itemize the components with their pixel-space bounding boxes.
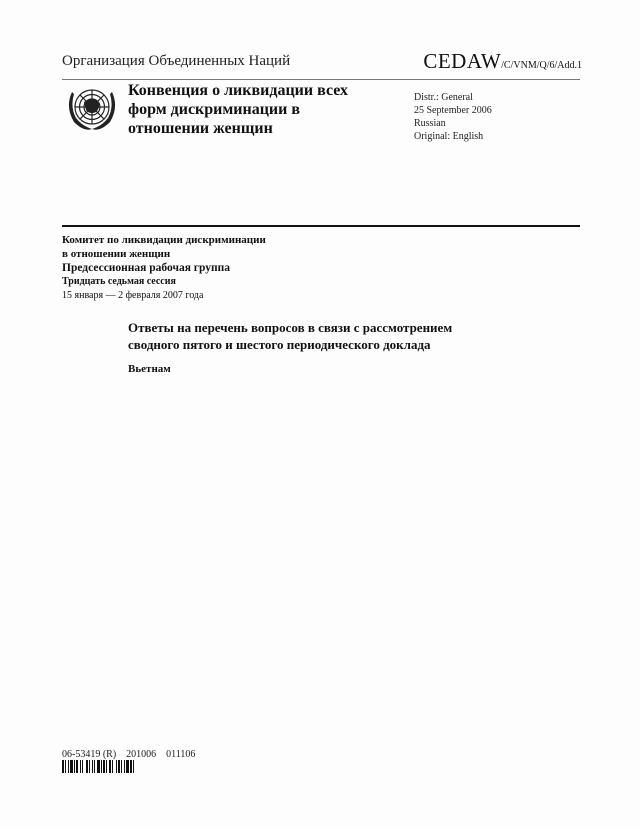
convention-title-line: отношении женщин bbox=[128, 119, 388, 138]
un-emblem-icon bbox=[62, 80, 122, 136]
country-name: Вьетнам bbox=[128, 363, 171, 375]
symbol-suffix: /C/VNM/Q/6/Add.1 bbox=[501, 60, 582, 71]
convention-title: Конвенция о ликвидации всех форм дискрим… bbox=[128, 81, 388, 138]
document-title-line1: Ответы на перечень вопросов в связи с ра… bbox=[128, 319, 548, 336]
document-symbol: CEDAW/C/VNM/Q/6/Add.1 bbox=[423, 49, 582, 74]
organization-name: Организация Объединенных Наций bbox=[62, 53, 290, 70]
barcode-icon bbox=[62, 760, 176, 773]
original-language: Original: English bbox=[414, 130, 492, 143]
convention-title-line: Конвенция о ликвидации всех bbox=[128, 81, 388, 100]
session-name: Тридцать седьмая сессия bbox=[62, 275, 266, 289]
working-group: Предсессионная рабочая группа bbox=[62, 261, 266, 275]
header-rule bbox=[62, 79, 580, 80]
committee-name-line2: в отношении женщин bbox=[62, 247, 266, 261]
section-rule bbox=[62, 225, 580, 227]
document-number: 06-53419 (R) 201006 011106 bbox=[62, 749, 195, 760]
convention-title-line: форм дискриминации в bbox=[128, 100, 388, 119]
distribution-type: Distr.: General bbox=[414, 91, 492, 104]
symbol-main: CEDAW bbox=[423, 49, 501, 73]
document-language: Russian bbox=[414, 117, 492, 130]
committee-block: Комитет по ликвидации дискриминации в от… bbox=[62, 233, 266, 303]
session-dates: 15 января — 2 февраля 2007 года bbox=[62, 289, 266, 303]
document-title-line2: сводного пятого и шестого периодического… bbox=[128, 336, 548, 353]
committee-name-line1: Комитет по ликвидации дискриминации bbox=[62, 233, 266, 247]
issue-date: 25 September 2006 bbox=[414, 104, 492, 117]
document-title: Ответы на перечень вопросов в связи с ра… bbox=[128, 319, 548, 353]
distribution-block: Distr.: General 25 September 2006 Russia… bbox=[414, 91, 492, 143]
